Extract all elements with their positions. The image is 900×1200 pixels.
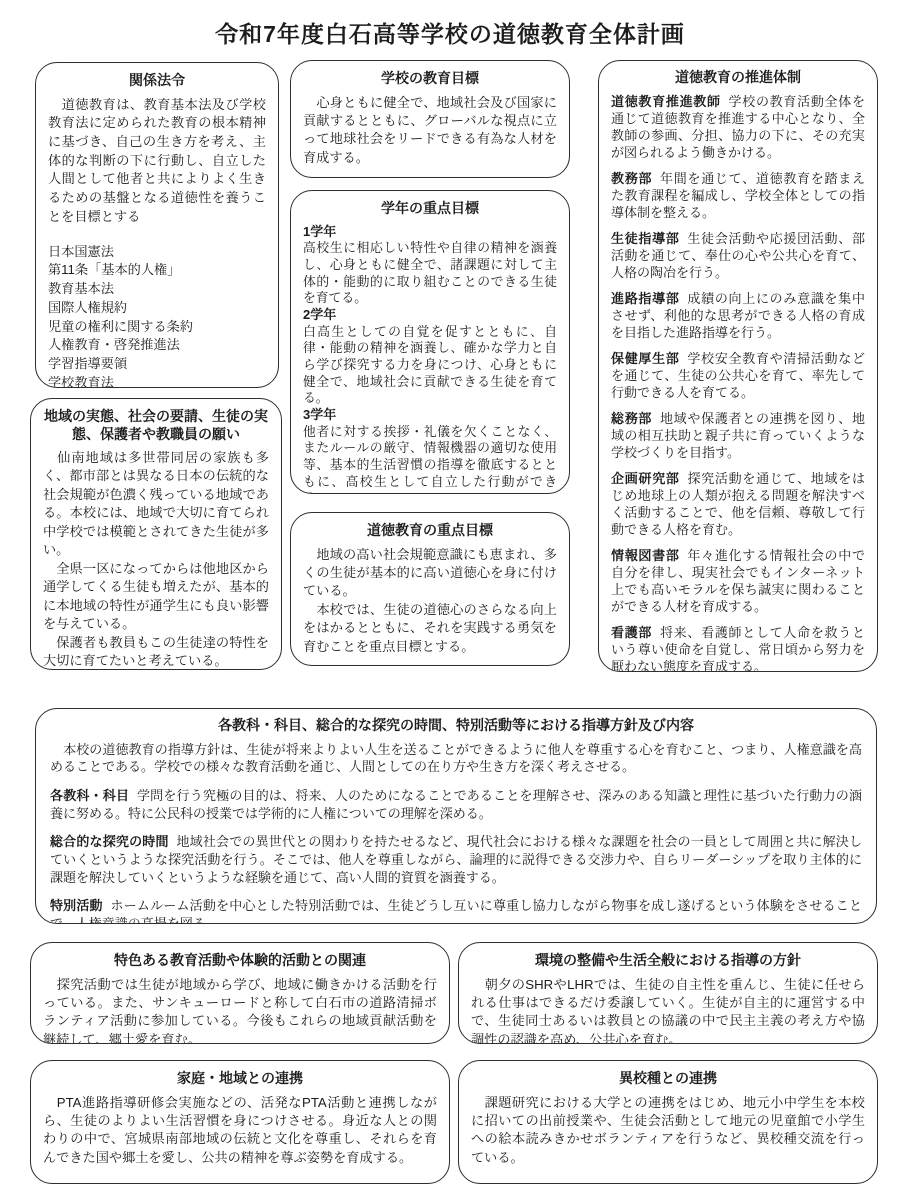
promotion-item-label: 総務部: [611, 411, 652, 426]
grade-goals-title: 学年の重点目標: [303, 200, 557, 218]
promotion-structure-box: 道徳教育の推進体制 道徳教育推進教師学校の教育活動全体を通じて道徳教育を推進する…: [598, 60, 878, 672]
related-laws-list: 日本国憲法 第11条「基本的人権」 教育基本法 国際人権規約 児童の権利に関する…: [48, 243, 266, 388]
promotion-item-label: 保健厚生部: [611, 351, 680, 366]
promotion-item: 進路指導部成績の向上にのみ意識を集中させず、利他的な思考ができる人格の育成を目指…: [611, 290, 865, 341]
guidance-item-text: 地域社会での異世代との関わりを持たせるなど、現代社会における様々な課題を社会の一…: [50, 834, 862, 884]
promotion-item: 生徒指導部生徒会活動や応援団活動、部活動を通じて、奉仕の心や公共心を育て、人格の…: [611, 230, 865, 281]
moral-goal-title: 道徳教育の重点目標: [303, 522, 557, 540]
promotion-item: 情報図書部年々進化する情報社会の中で自分を律し、現実社会でもインターネット上でも…: [611, 547, 865, 615]
community-context-body: 仙南地域は多世帯同居の家族も多く、都市部とは異なる日本の伝統的な社会規範が色濃く…: [43, 449, 269, 670]
school-goal-box: 学校の教育目標 心身ともに健全で、地域社会及び国家に貢献するとともに、グローバル…: [290, 60, 570, 178]
promotion-item: 企画研究部探究活動を通じて、地域をはじめ地球上の人類が抱える問題を解決すべく活動…: [611, 470, 865, 538]
promotion-item-label: 生徒指導部: [611, 231, 680, 246]
related-laws-title: 関係法令: [48, 72, 266, 90]
guidance-item-label: 総合的な探究の時間: [50, 834, 169, 849]
special-activities-box: 特色ある教育活動や体験的活動との関連 探究活動では生徒が地域から学び、地域に働き…: [30, 942, 450, 1044]
grade-2-text: 白高生としての自覚を促すとともに、自律・能動の精神を涵養し、確かな学力と自ら学び…: [303, 324, 557, 407]
promotion-item-label: 情報図書部: [611, 548, 680, 563]
grade-1-text: 高校生に相応しい特性や自律の精神を涵養し、心身ともに健全で、諸課題に対して主体的…: [303, 240, 557, 307]
moral-goal-body: 地域の高い社会規範意識にも恵まれ、多くの生徒が基本的に高い道徳心を身に付けている…: [303, 546, 557, 657]
community-context-title: 地域の実態、社会の要請、生徒の実態、保護者や教職員の願い: [43, 408, 269, 443]
grade-3-label: 3学年: [303, 407, 557, 424]
environment-guidance-box: 環境の整備や生活全般における指導の方針 朝夕のSHRやLHRでは、生徒の自主性を…: [458, 942, 878, 1044]
guidance-policy-box: 各教科・科目、総合的な探究の時間、特別活動等における指導方針及び内容 本校の道徳…: [35, 708, 877, 924]
promotion-item: 道徳教育推進教師学校の教育活動全体を通じて道徳教育を推進する中心となり、全教師の…: [611, 93, 865, 161]
grade-goal-item: 3学年 他者に対する挨拶・礼儀を欠くことなく、またルールの厳守、情報機器の適切な…: [303, 407, 557, 494]
promotion-item: 総務部地域や保護者との連携を図り、地域の相互扶助と親子共に育っていくような学校づ…: [611, 410, 865, 461]
promotion-item: 教務部年間を通じて、道徳教育を踏まえた教育課程を編成し、学校全体としての指導体制…: [611, 170, 865, 221]
promotion-item-label: 進路指導部: [611, 291, 680, 306]
promotion-item-label: 道徳教育推進教師: [611, 94, 721, 109]
environment-guidance-body: 朝夕のSHRやLHRでは、生徒の自主性を重んじ、生徒に任せられる仕事はできるだけ…: [471, 976, 865, 1045]
related-laws-box: 関係法令 道徳教育は、教育基本法及び学校教育法に定められた教育の根本精神に基づき…: [35, 62, 279, 388]
grade-goals-box: 学年の重点目標 1学年 高校生に相応しい特性や自律の精神を涵養し、心身ともに健全…: [290, 190, 570, 494]
promotion-item-label: 教務部: [611, 171, 652, 186]
page-title: 令和7年度白石高等学校の道徳教育全体計画: [0, 16, 900, 49]
family-community-box: 家庭・地域との連携 PTA進路指導研修会実施などの、活発なPTA活動と連携しなが…: [30, 1060, 450, 1184]
environment-guidance-title: 環境の整備や生活全般における指導の方針: [471, 952, 865, 970]
community-context-box: 地域の実態、社会の要請、生徒の実態、保護者や教職員の願い 仙南地域は多世帯同居の…: [30, 398, 282, 670]
special-activities-body: 探究活動では生徒が地域から学び、地域に働きかける活動を行っている。また、サンキュ…: [43, 976, 437, 1045]
guidance-item: 総合的な探究の時間地域社会での異世代との関わりを持たせるなど、現代社会における様…: [50, 833, 862, 886]
family-community-body: PTA進路指導研修会実施などの、活発なPTA活動と連携しながら、生徒のよりよい生…: [43, 1094, 437, 1168]
guidance-item-label: 各教科・科目: [50, 788, 129, 803]
guidance-item-text: ホームルーム活動を中心とした特別活動では、生徒どうし互いに尊重し協力しながら物事…: [50, 898, 862, 924]
grade-goal-item: 1学年 高校生に相応しい特性や自律の精神を涵養し、心身ともに健全で、諸課題に対し…: [303, 224, 557, 307]
guidance-policy-title: 各教科・科目、総合的な探究の時間、特別活動等における指導方針及び内容: [50, 717, 862, 735]
promotion-structure-title: 道徳教育の推進体制: [611, 69, 865, 87]
grade-1-label: 1学年: [303, 224, 557, 241]
grade-goal-item: 2学年 白高生としての自覚を促すとともに、自律・能動の精神を涵養し、確かな学力と…: [303, 307, 557, 407]
other-schools-title: 異校種との連携: [471, 1070, 865, 1088]
school-goal-title: 学校の教育目標: [303, 70, 557, 88]
promotion-item-label: 企画研究部: [611, 471, 680, 486]
moral-goal-box: 道徳教育の重点目標 地域の高い社会規範意識にも恵まれ、多くの生徒が基本的に高い道…: [290, 512, 570, 666]
grade-3-text: 他者に対する挨拶・礼儀を欠くことなく、またルールの厳守、情報機器の適切な使用等、…: [303, 424, 557, 494]
related-laws-intro: 道徳教育は、教育基本法及び学校教育法に定められた教育の根本精神に基づき、自己の生…: [48, 96, 266, 227]
guidance-item-text: 学問を行う究極の目的は、将来、人のためになることであることを理解させ、深みのある…: [50, 788, 862, 821]
guidance-item: 各教科・科目学問を行う究極の目的は、将来、人のためになることであることを理解させ…: [50, 787, 862, 822]
guidance-policy-intro: 本校の道徳教育の指導方針は、生徒が将来よりよい人生を送ることができるように他人を…: [50, 741, 862, 776]
family-community-title: 家庭・地域との連携: [43, 1070, 437, 1088]
other-schools-box: 異校種との連携 課題研究における大学との連携をはじめ、地元小中学生を本校に招いて…: [458, 1060, 878, 1184]
special-activities-title: 特色ある教育活動や体験的活動との関連: [43, 952, 437, 970]
grade-2-label: 2学年: [303, 307, 557, 324]
other-schools-body: 課題研究における大学との連携をはじめ、地元小中学生を本校に招いての出前授業や、生…: [471, 1094, 865, 1168]
school-goal-body: 心身ともに健全で、地域社会及び国家に貢献するとともに、グローバルな視点に立って地…: [303, 94, 557, 168]
promotion-item-label: 看護部: [611, 625, 652, 640]
promotion-item: 保健厚生部学校安全教育や清掃活動などを通じて、生徒の公共心を育て、率先して行動で…: [611, 350, 865, 401]
guidance-item: 特別活動ホームルーム活動を中心とした特別活動では、生徒どうし互いに尊重し協力しな…: [50, 897, 862, 924]
guidance-item-label: 特別活動: [50, 898, 103, 913]
promotion-item: 看護部将来、看護師として人命を救うという尊い使命を自覚し、常日頃から努力を厭わな…: [611, 624, 865, 672]
